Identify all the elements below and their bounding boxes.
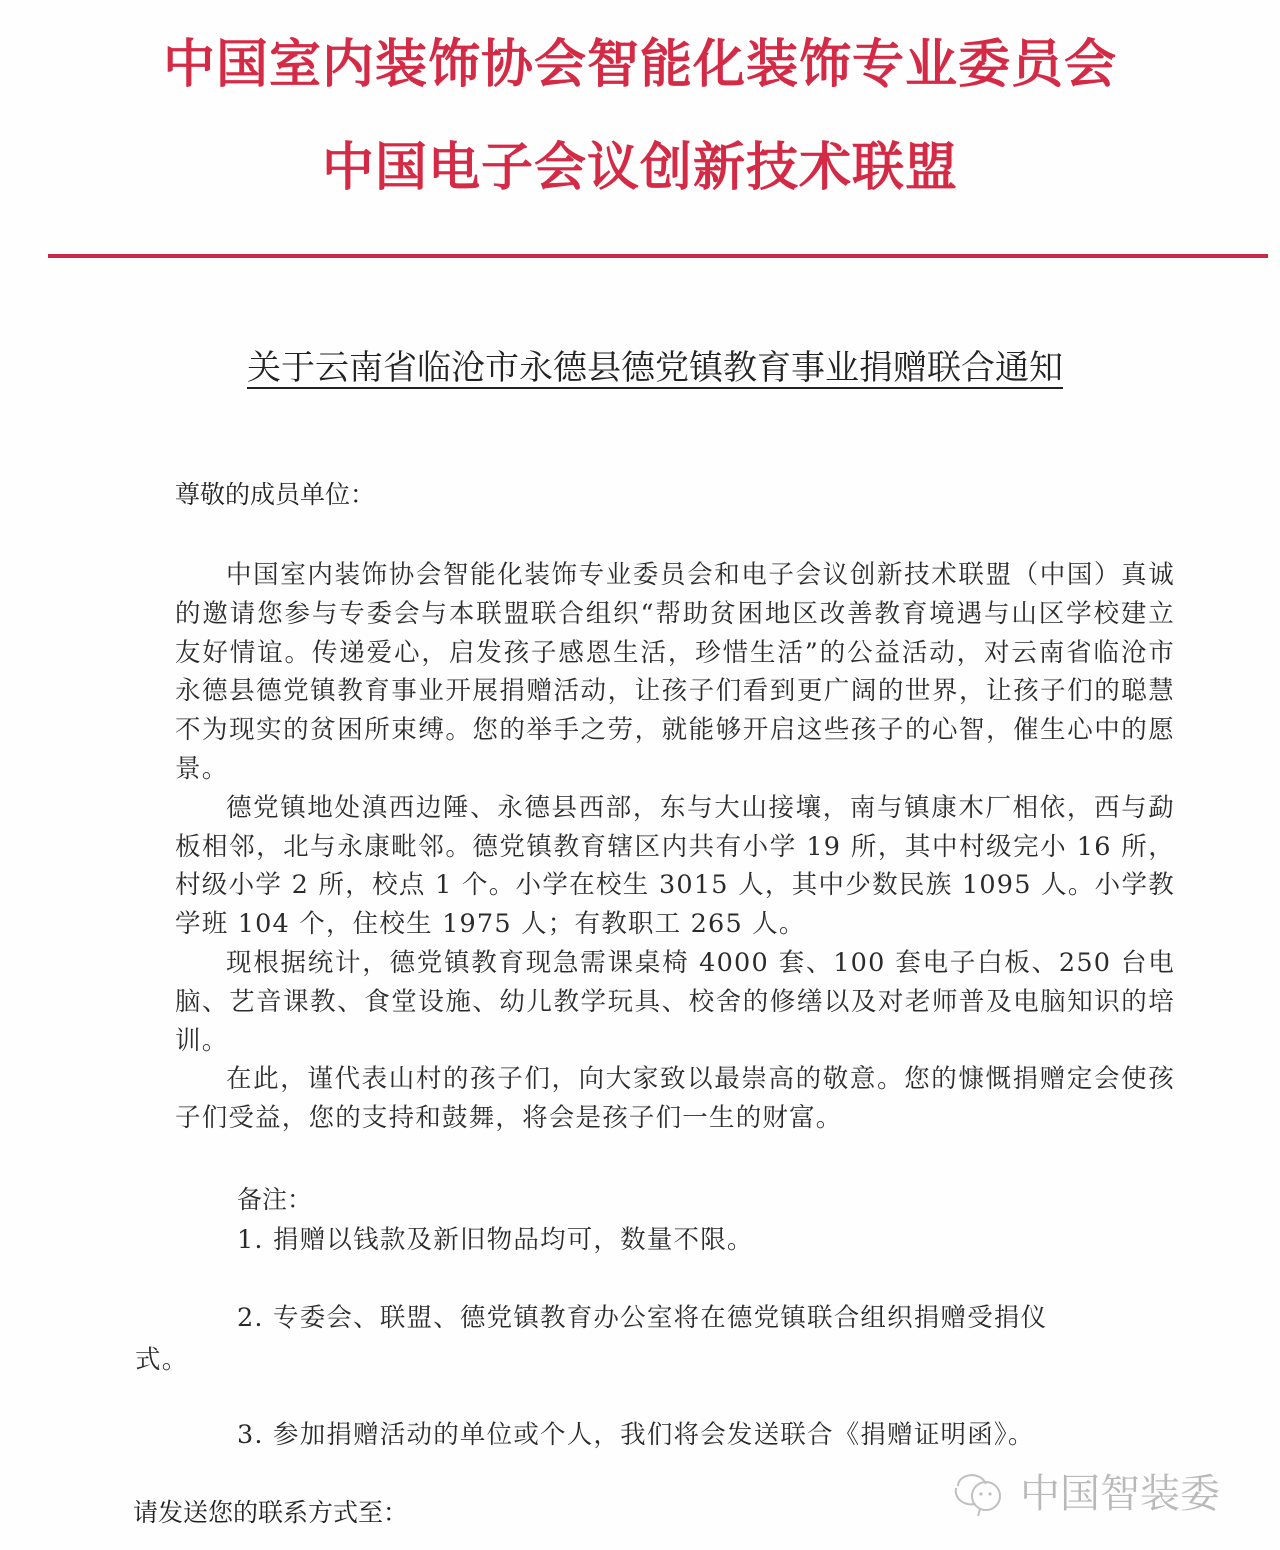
note-item-2-continued: 式。 [135, 1340, 188, 1376]
paragraph-intro: 中国室内装饰协会智能化装饰专业委员会和电子会议创新技术联盟（中国）真诚的邀请您参… [175, 556, 1175, 789]
watermark: 中国智装委 [950, 1462, 1220, 1519]
wechat-icon [950, 1466, 1010, 1516]
note-item-1: 1. 捐赠以钱款及新旧物品均可，数量不限。 [237, 1220, 754, 1256]
document-body: 中国室内装饰协会智能化装饰专业委员会和电子会议创新技术联盟（中国）真诚的邀请您参… [175, 556, 1175, 1138]
letterhead-line-2: 中国电子会议创新技术联盟 [0, 125, 1280, 200]
watermark-text: 中国智装委 [1020, 1462, 1220, 1519]
paragraph-thanks: 在此，谨代表山村的孩子们，向大家致以最崇高的敬意。您的慷慨捐赠定会使孩子们受益，… [175, 1060, 1175, 1138]
document-title: 关于云南省临沧市永德县德党镇教育事业捐赠联合通知 [190, 340, 1120, 389]
letterhead-divider [48, 254, 1268, 258]
letterhead-line-1: 中国室内装饰协会智能化装饰专业委员会 [0, 22, 1280, 97]
paragraph-needs: 现根据统计，德党镇教育现急需课桌椅 4000 套、100 套电子白板、250 台… [175, 944, 1175, 1060]
note-item-2: 2. 专委会、联盟、德党镇教育办公室将在德党镇联合组织捐赠受捐仪 [237, 1298, 1047, 1334]
note-item-3: 3. 参加捐赠活动的单位或个人，我们将会发送联合《捐赠证明函》。 [237, 1415, 1035, 1451]
salutation: 尊敬的成员单位： [175, 475, 375, 511]
notes-heading: 备注： [237, 1180, 312, 1216]
contact-prompt: 请发送您的联系方式至： [133, 1493, 408, 1529]
paragraph-background: 德党镇地处滇西边陲、永德县西部，东与大山接壤，南与镇康木厂相依，西与勐板相邻，北… [175, 789, 1175, 944]
